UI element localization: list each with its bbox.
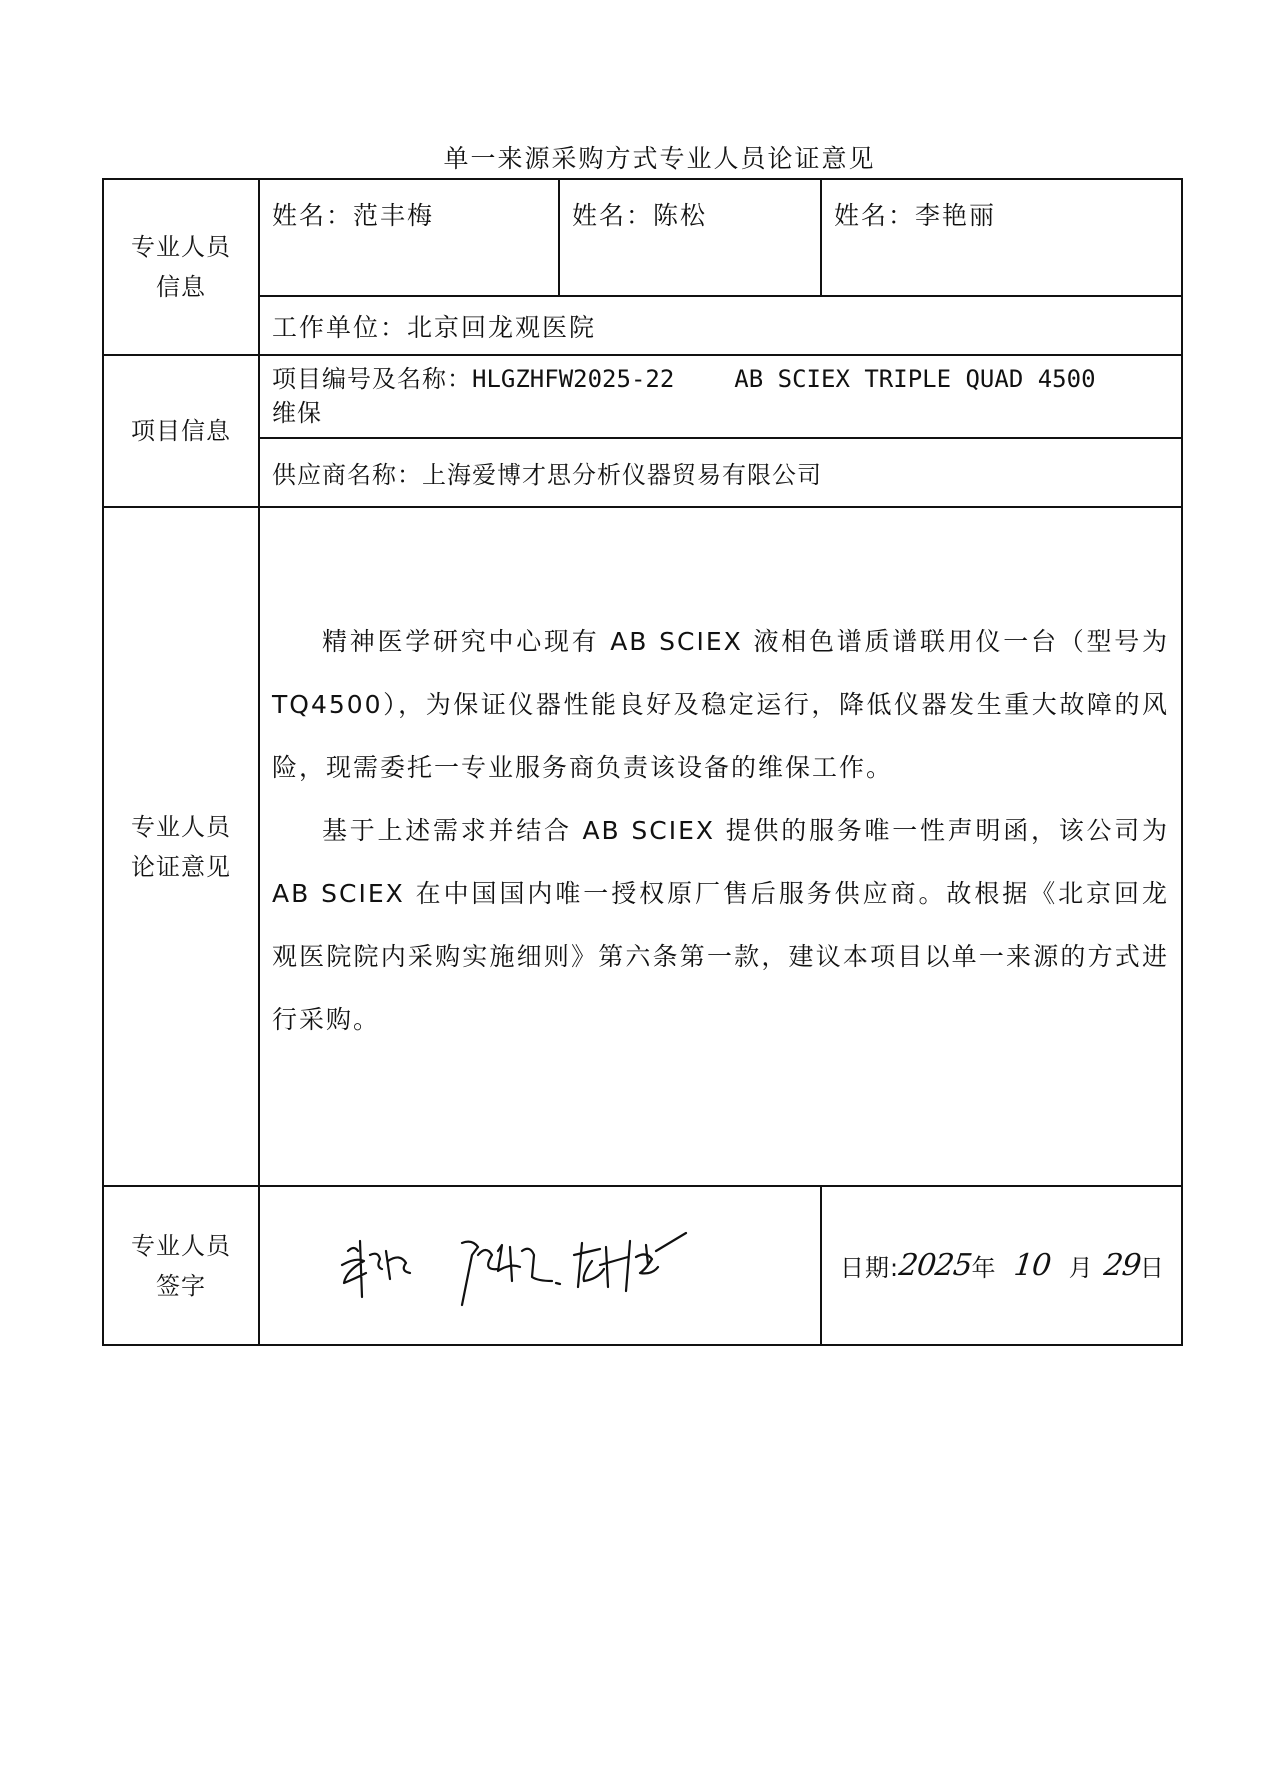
work-unit-value: 北京回龙观医院 [407, 308, 596, 344]
document-title: 单一来源采购方式专业人员论证意见 [0, 144, 1279, 174]
signature-label-line1: 专业人员 [131, 1226, 231, 1266]
opinion-paragraph-1: 精神医学研究中心现有 AB SCIEX 液相色谱质谱联用仪一台（型号为 TQ45… [272, 610, 1169, 799]
project-info-label-text: 项目信息 [131, 411, 231, 451]
date-month: 10 [1013, 1248, 1053, 1283]
opinion-label: 专业人员 论证意见 [104, 508, 258, 1185]
date-year: 2025 [897, 1248, 973, 1283]
name-value: 李艳丽 [915, 196, 996, 232]
date-month-unit: 月 [1069, 1248, 1094, 1283]
date-day-unit: 日 [1140, 1248, 1165, 1283]
name-value: 范丰梅 [353, 196, 434, 232]
personnel-info-label: 专业人员 信息 [104, 180, 258, 354]
project-name-en: AB SCIEX TRIPLE QUAD 4500 [734, 365, 1095, 393]
name-field-1: 姓名： 范丰梅 [260, 180, 558, 242]
personnel-info-label-line1: 专业人员 [131, 227, 231, 267]
date-key: 日期: [840, 1248, 899, 1283]
project-name-cn: 维保 [272, 399, 322, 427]
name-value: 陈松 [653, 196, 707, 232]
signature-scribble-icon [330, 1221, 750, 1311]
signature-label: 专业人员 签字 [104, 1187, 258, 1344]
date-year-unit: 年 [971, 1248, 996, 1283]
project-code: HLGZHFW2025-22 [472, 365, 674, 393]
supplier-value: 上海爱博才思分析仪器贸易有限公司 [422, 455, 822, 490]
argumentation-form-table: 专业人员 信息 姓名： 范丰梅 姓名： 陈松 姓名： 李艳丽 工作单位： 北京回… [102, 178, 1183, 1346]
handwritten-signatures [260, 1187, 820, 1344]
name-field-3: 姓名： 李艳丽 [822, 180, 1183, 242]
opinion-label-line1: 专业人员 [131, 807, 231, 847]
name-key: 姓名： [834, 196, 915, 232]
supplier-key: 供应商名称： [272, 455, 422, 490]
opinion-label-line2: 论证意见 [131, 847, 231, 887]
signature-date-field: 日期: 2025 年 10 月 29 日 [822, 1187, 1183, 1344]
personnel-info-label-line2: 信息 [131, 267, 231, 307]
opinion-paragraph-2: 基于上述需求并结合 AB SCIEX 提供的服务唯一性声明函，该公司为 AB S… [272, 799, 1169, 1051]
name-key: 姓名： [272, 196, 353, 232]
project-key: 项目编号及名称： [272, 365, 472, 393]
name-field-2: 姓名： 陈松 [560, 180, 820, 242]
supplier-field: 供应商名称： 上海爱博才思分析仪器贸易有限公司 [260, 439, 1183, 506]
name-key: 姓名： [572, 196, 653, 232]
work-unit-field: 工作单位： 北京回龙观医院 [260, 297, 1183, 354]
project-info-label: 项目信息 [104, 356, 258, 506]
date-day: 29 [1102, 1248, 1142, 1283]
work-unit-key: 工作单位： [272, 308, 407, 344]
opinion-body: 精神医学研究中心现有 AB SCIEX 液相色谱质谱联用仪一台（型号为 TQ45… [260, 508, 1183, 1185]
project-number-name-field: 项目编号及名称：HLGZHFW2025-22AB SCIEX TRIPLE QU… [260, 356, 1183, 437]
signature-label-line2: 签字 [131, 1266, 231, 1306]
